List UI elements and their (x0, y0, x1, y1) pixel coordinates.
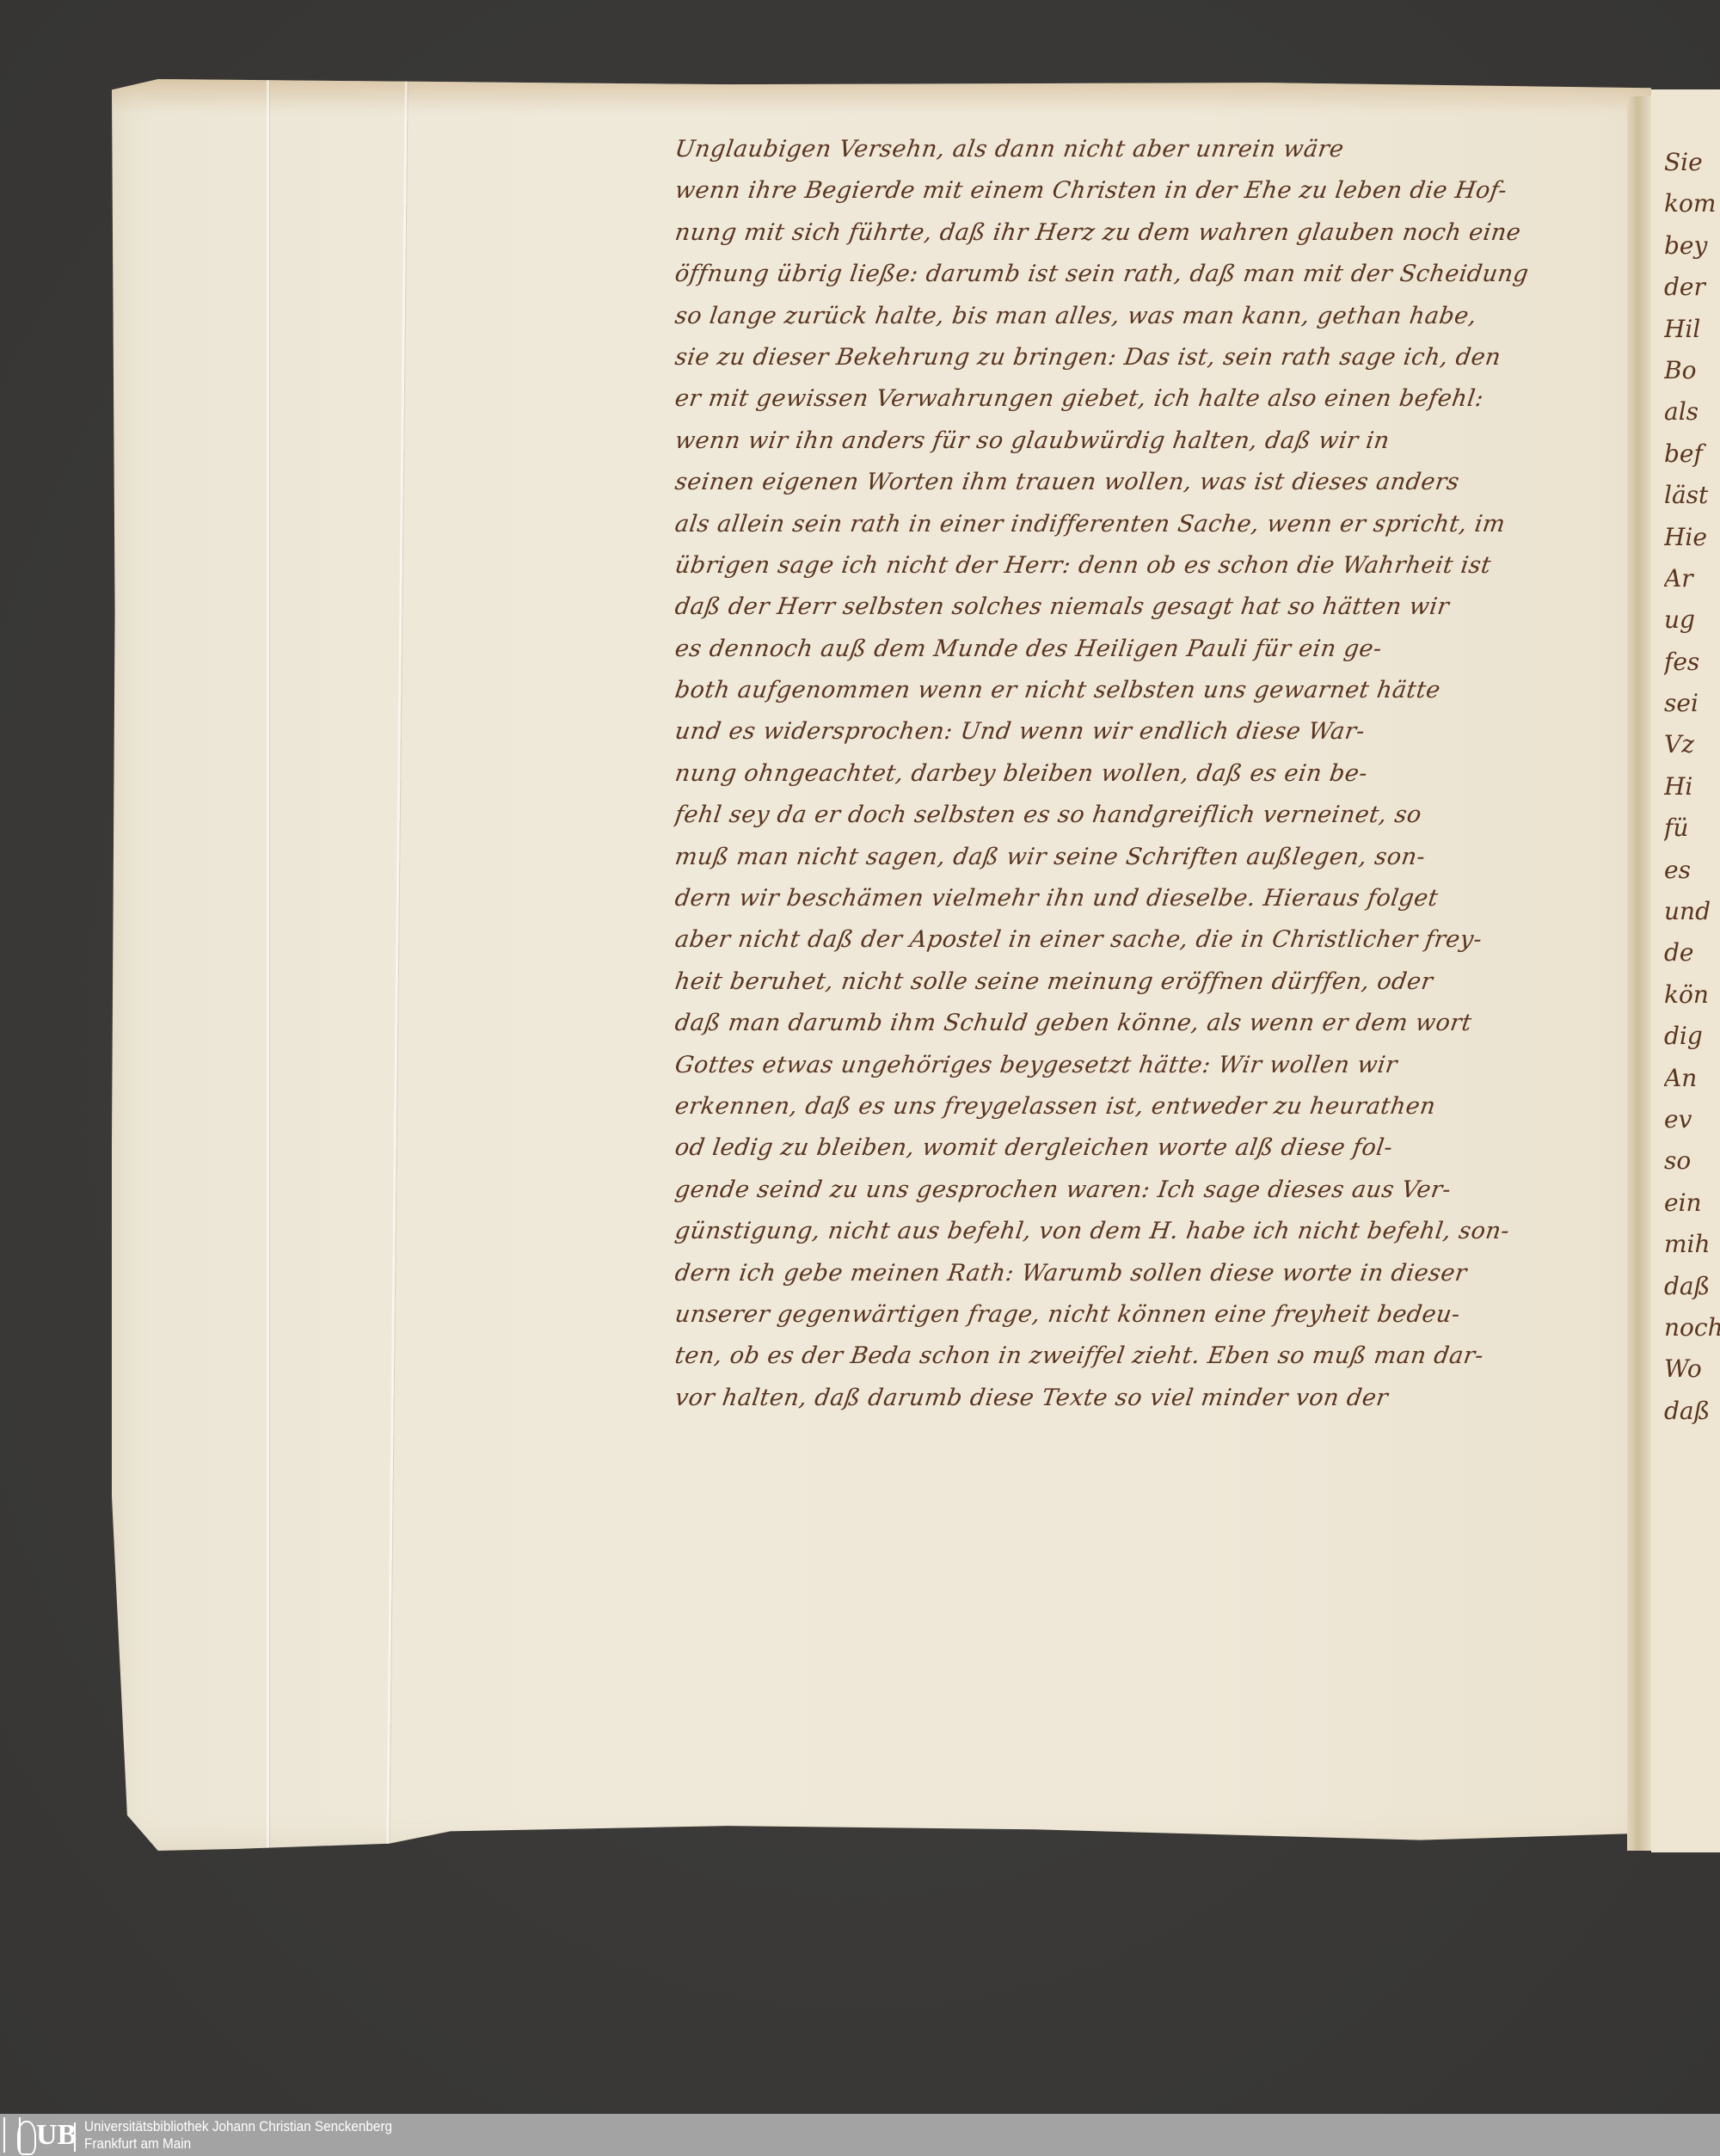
facing-text-line: bef (1664, 433, 1720, 475)
text-line: muß man nicht sagen, daß wir seine Schri… (673, 837, 1633, 878)
facing-page-text: Sie kom bey der Hil Bo als bef läst Hie … (1664, 142, 1720, 1432)
text-line: so lange zurück halte, bis man alles, wa… (673, 296, 1633, 337)
facing-text-line: der (1664, 267, 1720, 308)
facing-text-line: es (1664, 850, 1720, 891)
text-line: er mit gewissen Verwahrungen giebet, ich… (673, 378, 1633, 420)
text-line: gende seind zu uns gesprochen waren: Ich… (673, 1170, 1633, 1211)
facing-text-line: mih (1664, 1224, 1720, 1265)
text-line: dern ich gebe meinen Rath: Warumb sollen… (673, 1253, 1633, 1294)
facing-text-line: und (1664, 891, 1720, 932)
facing-text-line: so (1664, 1140, 1720, 1182)
facing-text-line: Vz (1664, 724, 1720, 765)
text-line: öffnung übrig ließe: darumb ist sein rat… (673, 254, 1633, 295)
text-line: und es widersprochen: Und wenn wir endli… (673, 711, 1633, 752)
facing-text-line: An (1664, 1058, 1720, 1099)
paper-fold-line (267, 79, 269, 1851)
facing-text-line: läst (1664, 475, 1720, 516)
institution-credit: Universitätsbibliothek Johann Christian … (84, 2118, 392, 2153)
facing-text-line: bey (1664, 225, 1720, 267)
library-footer-bar: UB Universitätsbibliothek Johann Christi… (0, 2114, 1720, 2156)
facing-text-line: ev (1664, 1099, 1720, 1140)
text-line: wenn wir ihn anders für so glaubwürdig h… (673, 421, 1633, 462)
text-line: günstigung, nicht aus befehl, von dem H.… (673, 1211, 1633, 1252)
text-line: nung mit sich führte, daß ihr Herz zu de… (673, 212, 1633, 254)
portrait-icon (17, 2121, 36, 2155)
facing-text-line: sei (1664, 683, 1720, 724)
facing-text-line: daß (1664, 1266, 1720, 1307)
logo-divider (74, 2122, 76, 2152)
text-line: übrigen sage ich nicht der Herr: denn ob… (673, 545, 1633, 587)
facing-text-line: Ar (1664, 558, 1720, 599)
facing-text-line: ein (1664, 1182, 1720, 1224)
text-line: dern wir beschämen vielmehr ihn und dies… (673, 878, 1633, 919)
facing-text-line: Sie (1664, 142, 1720, 183)
facing-text-line: daß (1664, 1391, 1720, 1432)
text-line: od ledig zu bleiben, womit dergleichen w… (673, 1127, 1633, 1169)
text-line: sie zu dieser Bekehrung zu bringen: Das … (673, 337, 1633, 378)
institution-name: Universitätsbibliothek Johann Christian … (84, 2118, 392, 2135)
facing-text-line: als (1664, 391, 1720, 433)
text-line: both aufgenommen wenn er nicht selbsten … (673, 670, 1633, 711)
facing-text-line: fü (1664, 808, 1720, 849)
text-line: ten, ob es der Beda schon in zweiffel zi… (673, 1336, 1633, 1377)
text-line: unserer gegenwärtigen frage, nicht könne… (673, 1294, 1633, 1336)
text-line: wenn ihre Begierde mit einem Christen in… (673, 170, 1633, 212)
text-line: daß der Herr selbsten solches niemals ge… (673, 587, 1633, 628)
facing-text-line: Hi (1664, 766, 1720, 808)
text-line: fehl sey da er doch selbsten es so handg… (673, 795, 1633, 836)
text-line: erkennen, daß es uns freygelassen ist, e… (673, 1086, 1633, 1127)
text-line: nung ohngeachtet, darbey bleiben wollen,… (673, 753, 1633, 795)
text-line: seinen eigenen Worten ihm trauen wollen,… (673, 462, 1633, 503)
text-line: als allein sein rath in einer indifferen… (673, 504, 1633, 545)
facing-text-line: ug (1664, 599, 1720, 641)
text-line: es dennoch auß dem Munde des Heiligen Pa… (673, 629, 1633, 670)
facing-text-line: Hil (1664, 309, 1720, 350)
facing-text-line: Wo (1664, 1348, 1720, 1390)
facing-text-line: dig (1664, 1016, 1720, 1057)
facing-text-line: Bo (1664, 350, 1720, 391)
facing-text-line: fes (1664, 642, 1720, 683)
facing-text-line: noch (1664, 1307, 1720, 1348)
logo-text: UB (36, 2119, 77, 2152)
institution-location: Frankfurt am Main (84, 2135, 392, 2153)
text-line: vor halten, daß darumb diese Texte so vi… (673, 1378, 1633, 1419)
paper-fold-line (386, 79, 408, 1851)
facing-text-line: Hie (1664, 517, 1720, 558)
facing-text-line: de (1664, 932, 1720, 974)
text-line: daß man darumb ihm Schuld geben könne, a… (673, 1003, 1633, 1044)
facing-text-line: kom (1664, 183, 1720, 224)
text-line: heit beruhet, nicht solle seine meinung … (673, 961, 1633, 1003)
text-line: Unglaubigen Versehn, als dann nicht aber… (673, 129, 1633, 170)
facing-text-line: kön (1664, 974, 1720, 1016)
ub-logo: UB (2, 2116, 77, 2154)
text-line: aber nicht daß der Apostel in einer sach… (673, 919, 1633, 961)
handwritten-text-block: Unglaubigen Versehn, als dann nicht aber… (675, 129, 1630, 1419)
text-line: Gottes etwas ungehöriges beygesetzt hätt… (673, 1045, 1633, 1086)
